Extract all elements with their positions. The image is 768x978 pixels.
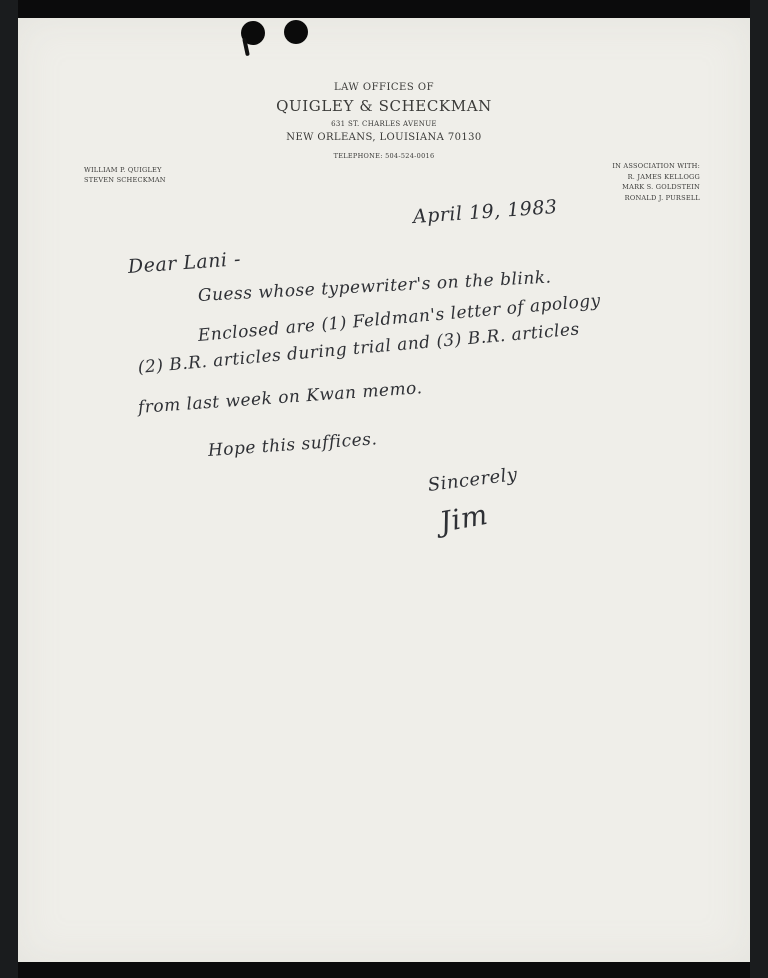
- associate-name: RONALD J. PURSELL: [612, 193, 700, 204]
- punch-hole: [284, 20, 308, 44]
- handwritten-closing: Sincerely: [427, 464, 519, 496]
- letterhead-firm-name: QUIGLEY & SCHECKMAN: [18, 96, 750, 117]
- partner-name: WILLIAM P. QUIGLEY: [84, 165, 166, 175]
- letterhead: LAW OFFICES OF QUIGLEY & SCHECKMAN 631 S…: [18, 81, 750, 163]
- handwritten-salutation: Dear Lani -: [127, 248, 241, 278]
- handwritten-body-line: from last week on Kwan memo.: [137, 378, 423, 418]
- associate-name: MARK S. GOLDSTEIN: [612, 182, 700, 193]
- scan-border-left: [0, 0, 18, 978]
- letterhead-offices: LAW OFFICES OF: [18, 81, 750, 94]
- partners-list: WILLIAM P. QUIGLEY STEVEN SCHECKMAN: [84, 165, 166, 185]
- associate-name: R. JAMES KELLOGG: [612, 172, 700, 183]
- partner-name: STEVEN SCHECKMAN: [84, 175, 166, 185]
- handwritten-body-line: Hope this suffices.: [207, 429, 378, 461]
- letterhead-street: 631 ST. CHARLES AVENUE: [18, 118, 750, 130]
- handwritten-date: April 19, 1983: [412, 196, 558, 228]
- association-list: IN ASSOCIATION WITH: R. JAMES KELLOGG MA…: [612, 161, 700, 203]
- letter-page: LAW OFFICES OF QUIGLEY & SCHECKMAN 631 S…: [18, 18, 750, 962]
- handwritten-signature: Jim: [437, 498, 490, 539]
- association-heading: IN ASSOCIATION WITH:: [612, 161, 700, 172]
- scan-border-right: [750, 0, 768, 978]
- letterhead-city: NEW ORLEANS, LOUISIANA 70130: [18, 130, 750, 146]
